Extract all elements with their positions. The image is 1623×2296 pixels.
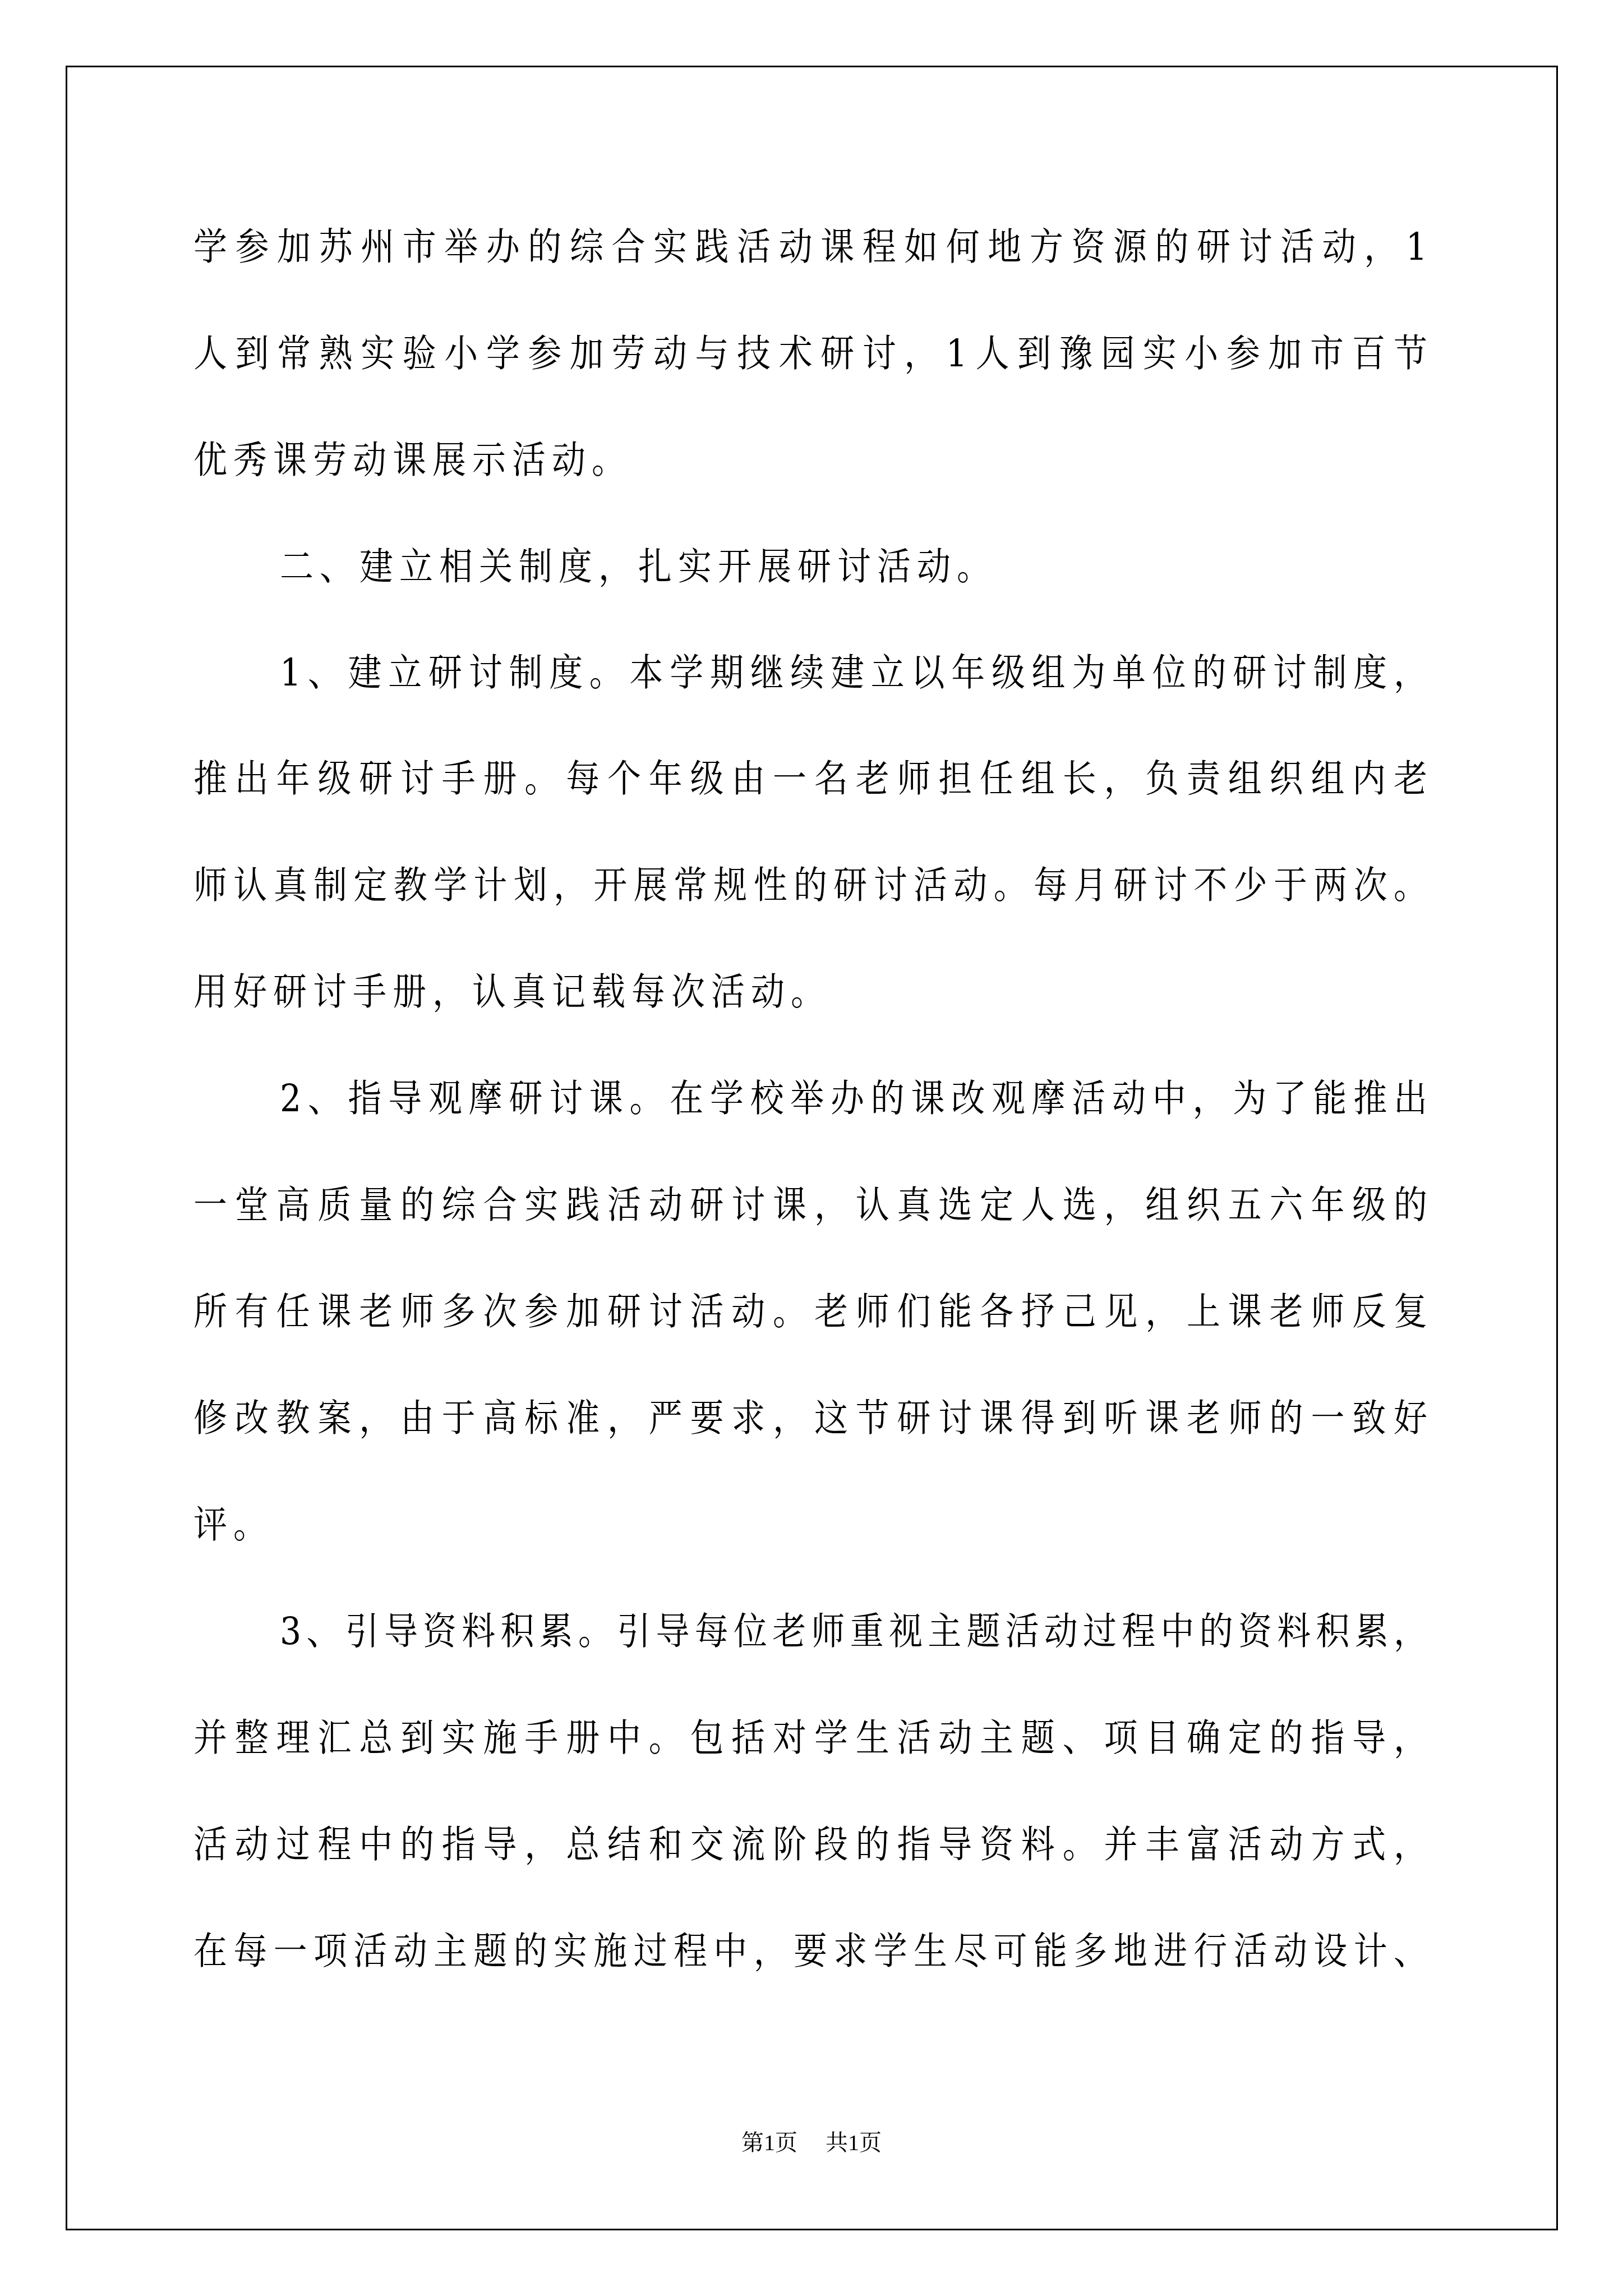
section-heading: 二、建立相关制度，扎实开展研讨活动。 [280, 541, 1427, 592]
text-line: 推出年级研讨手册。每个年级由一名老师担任组长，负责组织组内老 [193, 753, 1427, 804]
text-line: 师认真制定教学计划，开展常规性的研讨活动。每月研讨不少于两次。 [193, 860, 1427, 910]
page-footer: 第1页共1页 [0, 2129, 1623, 2157]
text-line: 1、建立研讨制度。本学期继续建立以年级组为单位的研讨制度， [280, 647, 1427, 698]
text-line: 在每一项活动主题的实施过程中，要求学生尽可能多地进行活动设计、 [193, 1926, 1427, 1976]
text-line: 人到常熟实验小学参加劳动与技术研讨，1人到豫园实小参加市百节 [193, 328, 1427, 379]
text-line: 一堂高质量的综合实践活动研讨课，认真选定人选，组织五六年级的 [193, 1180, 1427, 1230]
text-line: 修改教案，由于高标准，严要求，这节研讨课得到听课老师的一致好 [193, 1393, 1427, 1443]
text-line: 评。 [193, 1499, 1427, 1550]
text-line: 所有任课老师多次参加研讨活动。老师们能各抒己见，上课老师反复 [193, 1286, 1427, 1337]
text-line: 并整理汇总到实施手册中。包括对学生活动主题、项目确定的指导， [193, 1713, 1427, 1763]
text-line: 优秀课劳动课展示活动。 [193, 435, 1427, 485]
total-pages-label: 共1页 [826, 2129, 882, 2157]
current-page-label: 第1页 [741, 2129, 797, 2157]
text-line: 3、引导资料积累。引导每位老师重视主题活动过程中的资料积累， [280, 1606, 1427, 1657]
page-border [66, 66, 1558, 2230]
text-line: 活动过程中的指导，总结和交流阶段的指导资料。并丰富活动方式， [193, 1819, 1427, 1870]
text-line: 2、指导观摩研讨课。在学校举办的课改观摩活动中，为了能推出 [280, 1073, 1427, 1124]
text-line: 用好研讨手册，认真记载每次活动。 [193, 967, 1427, 1017]
text-line: 学参加苏州市举办的综合实践活动课程如何地方资源的研讨活动，1 [193, 222, 1427, 272]
